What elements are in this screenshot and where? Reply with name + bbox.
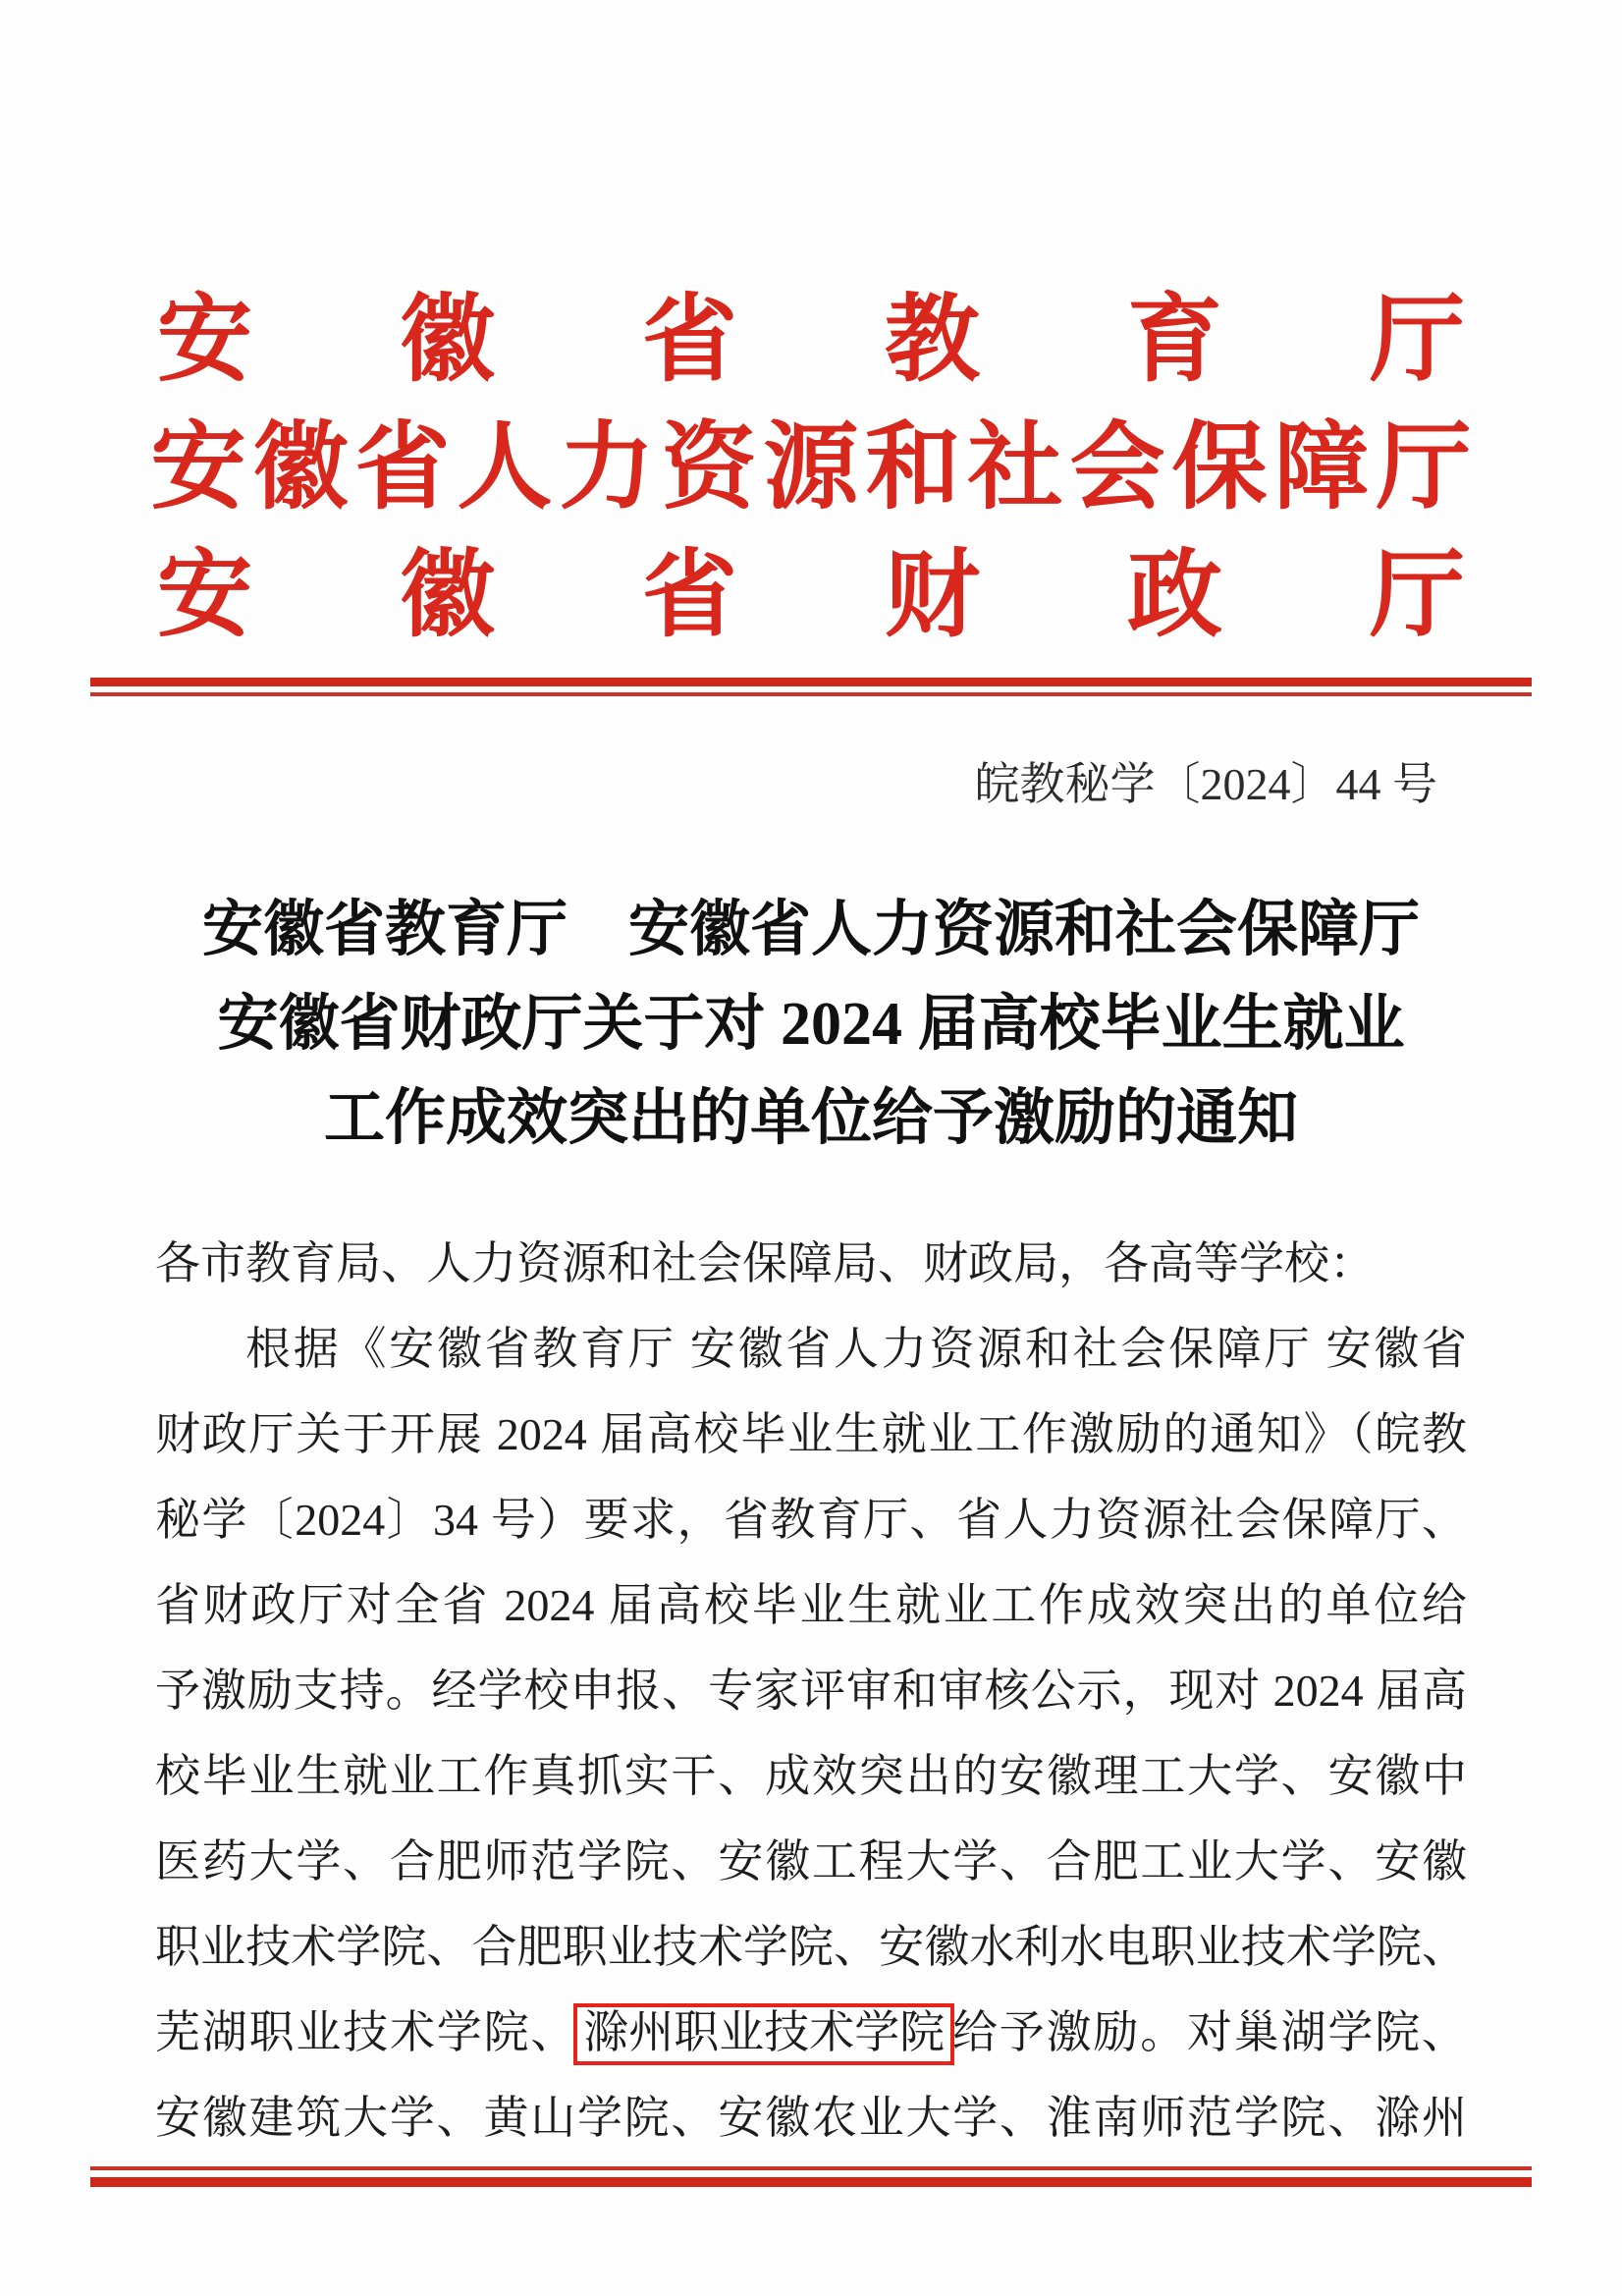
- separator-bottom-thin-line: [90, 2166, 1532, 2170]
- highlight-line-after: 给予激励。对巢湖学院、: [950, 2007, 1467, 2057]
- document-body: 各市教育局、人力资源和社会保障局、财政局，各高等学校： 根据《安徽省教育厅 安徽…: [0, 1221, 1622, 2160]
- salutation-line: 各市教育局、人力资源和社会保障局、财政局，各高等学校：: [155, 1221, 1467, 1306]
- title-line-2: 安徽省财政厅关于对 2024 届高校毕业生就业: [0, 977, 1622, 1071]
- red-separator-bottom: [90, 2166, 1532, 2187]
- body-line-1: 根据《安徽省教育厅 安徽省人力资源和社会保障厅 安徽省: [155, 1306, 1467, 1392]
- body-line-4: 省财政厅对全省 2024 届高校毕业生就业工作成效突出的单位给: [155, 1562, 1467, 1648]
- highlight-line-before: 芜湖职业技术学院、: [155, 2007, 577, 2057]
- highlight-box: 滁州职业技术学院: [573, 2003, 954, 2065]
- letterhead-line-3: 安徽省财政厅: [0, 532, 1622, 660]
- body-line-last: 安徽建筑大学、黄山学院、安徽农业大学、淮南师范学院、滁州: [155, 2075, 1467, 2160]
- body-line-6: 校毕业生就业工作真抓实干、成效突出的安徽理工大学、安徽中: [155, 1733, 1467, 1819]
- body-line-5: 予激励支持。经学校申报、专家评审和审核公示，现对 2024 届高: [155, 1648, 1467, 1733]
- body-line-highlight: 芜湖职业技术学院、滁州职业技术学院给予激励。对巢湖学院、: [155, 1990, 1467, 2075]
- body-line-2: 财政厅关于开展 2024 届高校毕业生就业工作激励的通知》（皖教: [155, 1392, 1467, 1477]
- body-line-7: 医药大学、合肥师范学院、安徽工程大学、合肥工业大学、安徽: [155, 1819, 1467, 1904]
- letterhead: 安徽省教育厅 安徽省人力资源和社会保障厅 安徽省财政厅: [0, 0, 1622, 660]
- document-number: 皖教秘学〔2024〕44 号: [0, 757, 1622, 812]
- document-title: 安徽省教育厅 安徽省人力资源和社会保障厅 安徽省财政厅关于对 2024 届高校毕…: [0, 883, 1622, 1166]
- title-line-3: 工作成效突出的单位给予激励的通知: [0, 1071, 1622, 1166]
- body-line-3: 秘学〔2024〕34 号）要求，省教育厅、省人力资源社会保障厅、: [155, 1477, 1467, 1562]
- letterhead-line-1: 安徽省教育厅: [0, 277, 1622, 405]
- document-page: 安徽省教育厅 安徽省人力资源和社会保障厅 安徽省财政厅 皖教秘学〔2024〕44…: [0, 0, 1622, 2296]
- letterhead-line-2: 安徽省人力资源和社会保障厅: [0, 405, 1622, 532]
- separator-top-thin-line: [90, 692, 1532, 696]
- body-line-8: 职业技术学院、合肥职业技术学院、安徽水利水电职业技术学院、: [155, 1904, 1467, 1990]
- separator-top-thick-line: [90, 678, 1532, 686]
- separator-bottom-thick-line: [90, 2177, 1532, 2187]
- red-separator-top: [90, 678, 1532, 696]
- title-line-1: 安徽省教育厅 安徽省人力资源和社会保障厅: [0, 883, 1622, 977]
